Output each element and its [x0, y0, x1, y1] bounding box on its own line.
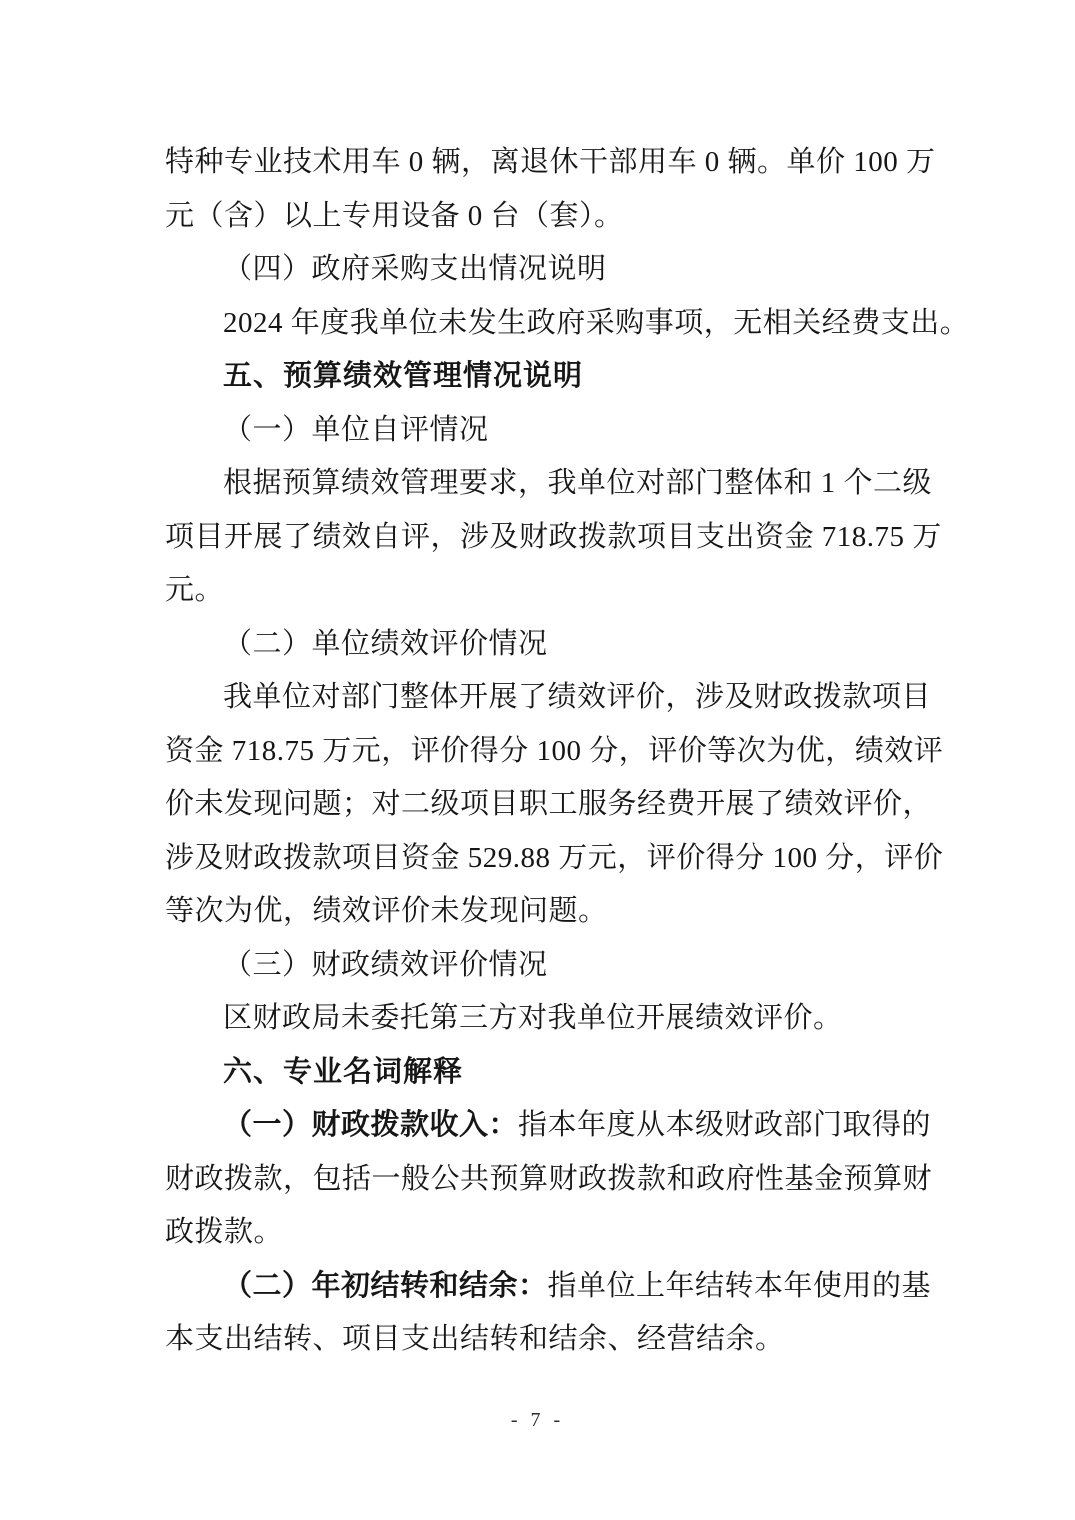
- body-text-line: 元。: [165, 564, 916, 618]
- page-number: - 7 -: [0, 1402, 1075, 1438]
- body-text-line: 价未发现问题；对二级项目职工服务经费开展了绩效评价，: [165, 778, 916, 832]
- subsection-heading: （一）单位自评情况: [165, 404, 916, 458]
- section-heading: 六、专业名词解释: [165, 1046, 916, 1100]
- body-text-line: 项目开展了绩效自评，涉及财政拨款项目支出资金 718.75 万: [165, 511, 916, 565]
- body-text-line: 资金 718.75 万元，评价得分 100 分，评价等次为优，绩效评: [165, 725, 916, 779]
- section-heading: 五、预算绩效管理情况说明: [165, 350, 916, 404]
- subsection-heading: （四）政府采购支出情况说明: [165, 243, 916, 297]
- document-page: 特种专业技术用车 0 辆，离退休干部用车 0 辆。单价 100 万 元（含）以上…: [0, 0, 1075, 1520]
- subsection-heading: （二）单位绩效评价情况: [165, 618, 916, 672]
- body-text-line: 本支出结转、项目支出结转和结余、经营结余。: [165, 1313, 916, 1367]
- subsection-heading: （三）财政绩效评价情况: [165, 939, 916, 993]
- term-definition: 指单位上年结转本年使用的基: [548, 1270, 932, 1302]
- body-text-line: 元（含）以上专用设备 0 台（套）。: [165, 190, 916, 244]
- body-text-line: 政拨款。: [165, 1206, 916, 1260]
- body-text-line: 等次为优，绩效评价未发现问题。: [165, 885, 916, 939]
- body-text-line: 涉及财政拨款项目资金 529.88 万元，评价得分 100 分，评价: [165, 832, 916, 886]
- term-definition-line: （二）年初结转和结余：指单位上年结转本年使用的基: [165, 1260, 916, 1314]
- body-text-line: 区财政局未委托第三方对我单位开展绩效评价。: [165, 992, 916, 1046]
- body-text-line: 2024 年度我单位未发生政府采购事项，无相关经费支出。: [165, 297, 916, 351]
- term-label: （一）财政拨款收入：: [223, 1109, 518, 1141]
- document-body: 特种专业技术用车 0 辆，离退休干部用车 0 辆。单价 100 万 元（含）以上…: [165, 136, 916, 1367]
- body-text-line: 财政拨款，包括一般公共预算财政拨款和政府性基金预算财: [165, 1153, 916, 1207]
- term-label: （二）年初结转和结余：: [223, 1270, 548, 1302]
- term-definition-line: （一）财政拨款收入：指本年度从本级财政部门取得的: [165, 1099, 916, 1153]
- term-definition: 指本年度从本级财政部门取得的: [518, 1109, 931, 1141]
- body-text-line: 我单位对部门整体开展了绩效评价，涉及财政拨款项目: [165, 671, 916, 725]
- body-text-line: 特种专业技术用车 0 辆，离退休干部用车 0 辆。单价 100 万: [165, 136, 916, 190]
- body-text-line: 根据预算绩效管理要求，我单位对部门整体和 1 个二级: [165, 457, 916, 511]
